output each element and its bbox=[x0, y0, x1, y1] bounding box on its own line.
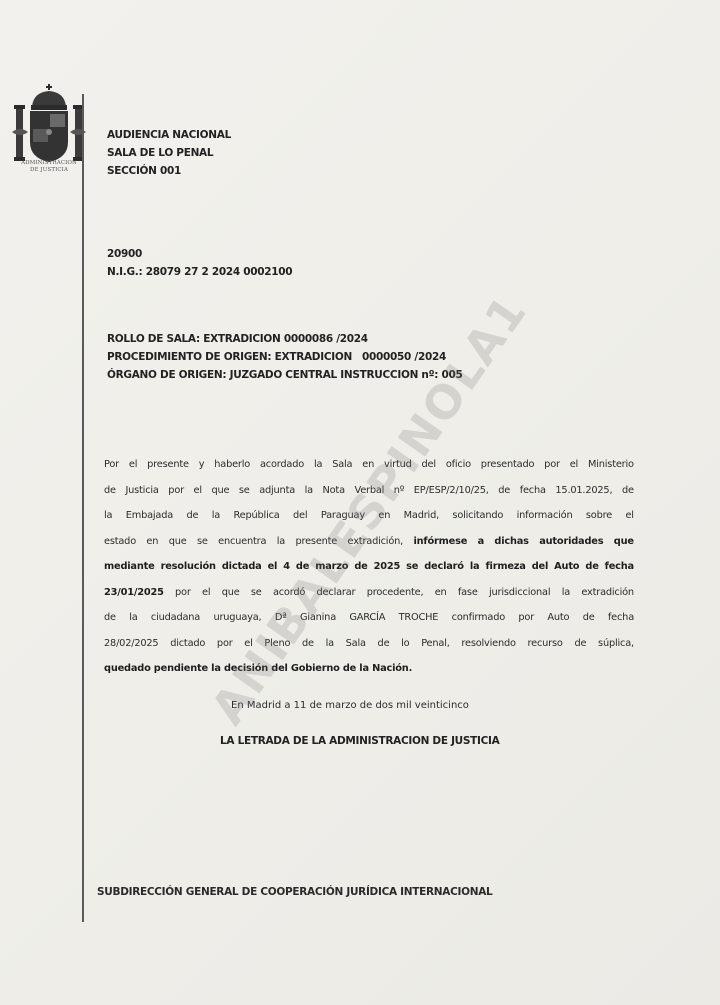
signer-title: LA LETRADA DE LA ADMINISTRACION DE JUSTI… bbox=[220, 735, 720, 747]
body-paragraph: PorelpresenteyhaberloacordadolaSalaenvir… bbox=[104, 452, 634, 682]
body-line: PorelpresenteyhaberloacordadolaSalaenvir… bbox=[104, 452, 634, 478]
court-header: AUDIENCIA NACIONAL SALA DE LO PENAL SECC… bbox=[107, 126, 231, 180]
reference-code: 20900 bbox=[107, 245, 292, 263]
body-line: 28/02/2025dictadoporelPlenodelaSaladeloP… bbox=[104, 631, 634, 657]
emblem-caption: ADMINISTRACION DE JUSTICIA bbox=[6, 160, 92, 174]
rollo-de-sala: ROLLO DE SALA: EXTRADICION 0000086 /2024 bbox=[107, 330, 462, 348]
chamber-name: SALA DE LO PENAL bbox=[107, 144, 231, 162]
case-block: ROLLO DE SALA: EXTRADICION 0000086 /2024… bbox=[107, 330, 462, 384]
nig-number: N.I.G.: 28079 27 2 2024 0002100 bbox=[107, 263, 292, 281]
body-line: medianteresolucióndictadael4demarzode202… bbox=[104, 554, 634, 580]
margin-rule bbox=[82, 94, 84, 922]
court-name: AUDIENCIA NACIONAL bbox=[107, 126, 231, 144]
reference-block: 20900 N.I.G.: 28079 27 2 2024 0002100 bbox=[107, 245, 292, 281]
body-line: deJusticiaporelqueseadjuntalaNotaVerbaln… bbox=[104, 478, 634, 504]
body-line: estadoenqueseencuentralapresenteextradic… bbox=[104, 529, 634, 555]
body-line: delaciudadanauruguaya,DªGianinaGARCÍATRO… bbox=[104, 605, 634, 631]
body-line: 23/01/2025porelqueseacordódeclararproced… bbox=[104, 580, 634, 606]
place-date: En Madrid a 11 de marzo de dos mil veint… bbox=[231, 700, 720, 711]
document-page: ADMINISTRACION DE JUSTICIA AUDIENCIA NAC… bbox=[0, 0, 720, 1005]
organo-origen: ÓRGANO DE ORIGEN: JUZGADO CENTRAL INSTRU… bbox=[107, 366, 462, 384]
section-name: SECCIÓN 001 bbox=[107, 162, 231, 180]
footer-department: SUBDIRECCIÓN GENERAL DE COOPERACIÓN JURÍ… bbox=[97, 886, 492, 898]
body-line: laEmbajadadelaRepúblicadelParaguayenMadr… bbox=[104, 503, 634, 529]
body-line: quedado pendiente la decisión del Gobier… bbox=[104, 656, 634, 682]
procedimiento-origen: PROCEDIMIENTO DE ORIGEN: EXTRADICION 000… bbox=[107, 348, 462, 366]
